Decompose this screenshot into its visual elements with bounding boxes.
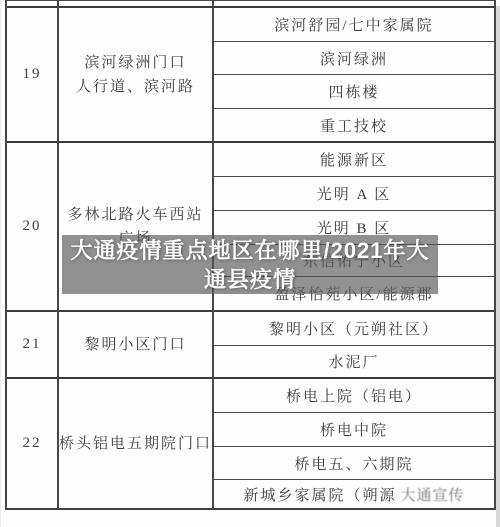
place-cell: 光明 A 区: [213, 177, 495, 211]
location-line: 多林北路火车西站: [59, 203, 212, 227]
place-text: 新城乡家属院（朔源: [244, 488, 397, 504]
serial-cell: 22: [6, 378, 58, 509]
place-cell: 四栋楼: [213, 75, 495, 109]
place-cell: 水泥厂: [213, 346, 495, 379]
caption-overlay: 大通疫情重点地区在哪里/2021年大 通县疫情: [62, 235, 438, 294]
location-cell: 滨河绿洲门口 人行道、滨河路: [58, 7, 213, 142]
place-cell: 桥电中院: [213, 413, 495, 447]
location-line: 桥头铝电五期院门口: [59, 432, 212, 456]
page-left-edge: [0, 0, 1, 527]
location-line: 黎明小区门口: [59, 333, 212, 357]
page-right-edge: [496, 6, 500, 527]
row-group-19: 19 滨河绿洲门口 人行道、滨河路 滨河舒园/七中家属院: [6, 7, 495, 42]
location-line: 滨河绿洲门口: [59, 51, 212, 75]
caption-line-2: 通县疫情: [204, 265, 296, 294]
place-cell: 滨河舒园/七中家属院: [213, 7, 495, 42]
place-cell: 滨河绿洲: [213, 42, 495, 75]
row-group-21: 21 黎明小区门口 黎明小区（元朔社区）: [6, 311, 495, 346]
caption-line-1: 大通疫情重点地区在哪里/2021年大: [70, 236, 429, 265]
row-group-22: 22 桥头铝电五期院门口 桥电上院（铝电）: [6, 378, 495, 413]
place-cell: 桥电上院（铝电）: [213, 378, 495, 413]
row-group-20: 20 多林北路火车西站 广场 能源新区: [6, 142, 495, 177]
serial-cell: 20: [6, 142, 58, 311]
location-cell: 黎明小区门口: [58, 311, 213, 378]
place-cell: 桥电五、六期院: [213, 447, 495, 480]
serial-cell: 21: [6, 311, 58, 378]
place-cell: 黎明小区（元朔社区）: [213, 311, 495, 346]
location-cell: 桥头铝电五期院门口: [58, 378, 213, 509]
page: 19 滨河绿洲门口 人行道、滨河路 滨河舒园/七中家属院 滨河绿洲 四栋楼 重工…: [0, 0, 500, 527]
location-line: 人行道、滨河路: [59, 75, 212, 99]
serial-cell: 19: [6, 7, 58, 142]
place-cell: 重工技校: [213, 109, 495, 143]
place-cell: 新城乡家属院（朔源大通宣传: [213, 480, 495, 510]
watermark-text: 大通宣传: [401, 488, 465, 504]
place-cell: 能源新区: [213, 142, 495, 177]
